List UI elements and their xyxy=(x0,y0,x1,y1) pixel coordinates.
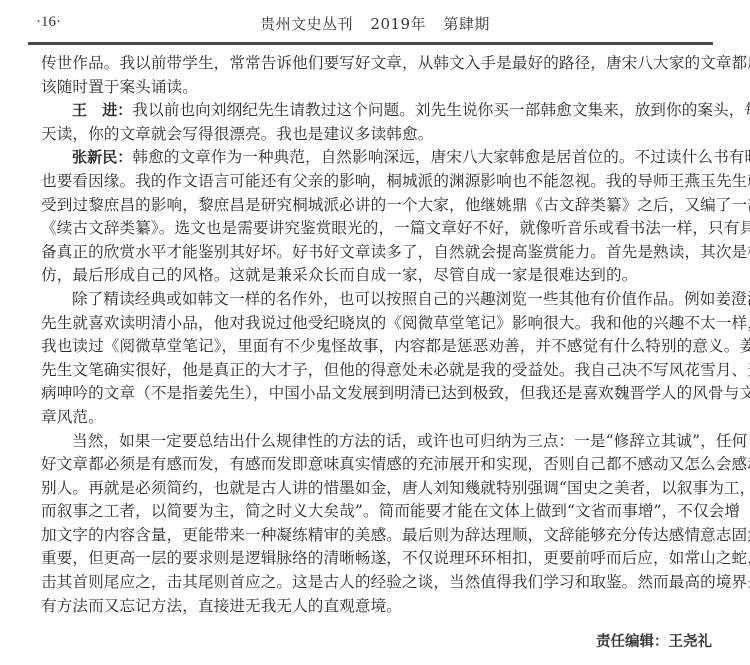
text-line: 传世作品。我以前带学生，常常告诉他们要写好文章，从韩文入手是最好的路径，唐宋八大… xyxy=(41,52,716,76)
journal-issue: 第肆期 xyxy=(443,15,490,33)
speaker-label: 王 进： xyxy=(72,101,132,119)
text-line: 王 进：我以前也向刘纲纪先生请教过这个问题。刘先生说你买一部韩愈文集来，放到你的… xyxy=(41,99,716,123)
text-line: 先生文笔确实很好，他是真正的大才子，但他的得意处未必就是我的受益处。我自己决不写… xyxy=(41,359,716,383)
text-line: 该随时置于案头诵读。 xyxy=(41,76,716,100)
speaker-label: 张新民： xyxy=(72,148,132,166)
text-line: 先生就喜欢读明清小品，他对我说过他受纪晓岚的《阅微草堂笔记》影响很大。我和他的兴… xyxy=(41,312,716,336)
article-body: 传世作品。我以前带学生，常常告诉他们要写好文章，从韩文入手是最好的路径，唐宋八大… xyxy=(41,52,716,618)
speech-text: 韩愈的文章作为一种典范，自然影响深远，唐宋八大家韩愈是居首位的。不过读什么书有时 xyxy=(132,148,750,166)
text-line: 我也读过《阅微草堂笔记》，里面有不少鬼怪故事，内容都是惩恶劝善，并不感觉有什么特… xyxy=(41,335,716,359)
journal-year: 2019年 xyxy=(370,15,426,33)
text-line: 有方法而又忘记方法，直接进无我无人的直观意境。 xyxy=(41,595,716,619)
text-line: 加文字的内容含量，更能带来一种凝练精审的美感。最后则为辞达理顺，文辞能够充分传达… xyxy=(41,524,716,548)
running-title: 贵州文史丛刊 2019年 第肆期 xyxy=(0,13,750,34)
text-line: 仿，最后形成自己的风格。这就是兼采众长而自成一家，尽管自成一家是很难达到的。 xyxy=(41,264,716,288)
text-line: 备真正的欣赏水平才能鉴别其好坏。好书好文章读多了，自然就会提高鉴赏能力。首先是熟… xyxy=(41,241,716,265)
text-line: 张新民：韩愈的文章作为一种典范，自然影响深远，唐宋八大家韩愈是居首位的。不过读什… xyxy=(41,146,716,170)
text-line: 病呻吟的文章（不是指姜先生），中国小品文发展到明清已达到极致，但我还是喜欢魏晋学… xyxy=(41,382,716,406)
text-line: 天读，你的文章就会写得很漂亮。我也是建议多读韩愈。 xyxy=(41,123,716,147)
text-line: 当然，如果一定要总结出什么规律性的方法的话，或许也可归纳为三点：一是“修辞立其诚… xyxy=(41,430,716,454)
text-line: 也要看因缘。我的作文语言可能还有父亲的影响，桐城派的渊源影响也不能忽视。我的导师… xyxy=(41,170,716,194)
text-line: 章风范。 xyxy=(41,406,716,430)
text-line: 除了精读经典或如韩文一样的名作外，也可以按照自己的兴趣浏览一些其他有价值作品。例… xyxy=(41,288,716,312)
text-line: 而叙事之工者，以简要为主，简之时义大矣哉”。简而能要才能在文体上做到“文省而事增… xyxy=(41,500,716,524)
text-line: 《续古文辞类纂》。选文也是需要讲究鉴赏眼光的，一篇文章好不好，就像听音乐或看书法… xyxy=(41,217,716,241)
journal-name: 贵州文史丛刊 xyxy=(260,15,353,33)
text-line: 重要，但更高一层的要求则是逻辑脉络的清晰畅遂，不仅说理环环相扣，更要前呼而后应，… xyxy=(41,547,716,571)
text-line: 受到过黎庶昌的影响，黎庶昌是研究桐城派必讲的一个大家，他继姚鼎《古文辞类纂》之后… xyxy=(41,194,716,218)
speech-text: 我以前也向刘纲纪先生请教过这个问题。刘先生说你买一部韩愈文集来，放到你的案头，每 xyxy=(132,101,750,119)
text-line: 击其首则尾应之，击其尾则首应之。这是古人的经验之谈，当然值得我们学习和取鉴。然而… xyxy=(41,571,716,595)
header-rule xyxy=(28,42,713,45)
text-line: 好文章都必须是有感而发，有感而发即意味真实情感的充沛展开和实现，否则自己都不感动… xyxy=(41,453,716,477)
editor-credit: 责任编辑：王尧礼 xyxy=(596,630,712,651)
text-line: 别人。再就是必须简约，也就是古人讲的惜墨如金，唐人刘知幾就特别强调“国史之美者，… xyxy=(41,477,716,501)
running-header: ·16· 贵州文史丛刊 2019年 第肆期 xyxy=(0,0,750,46)
